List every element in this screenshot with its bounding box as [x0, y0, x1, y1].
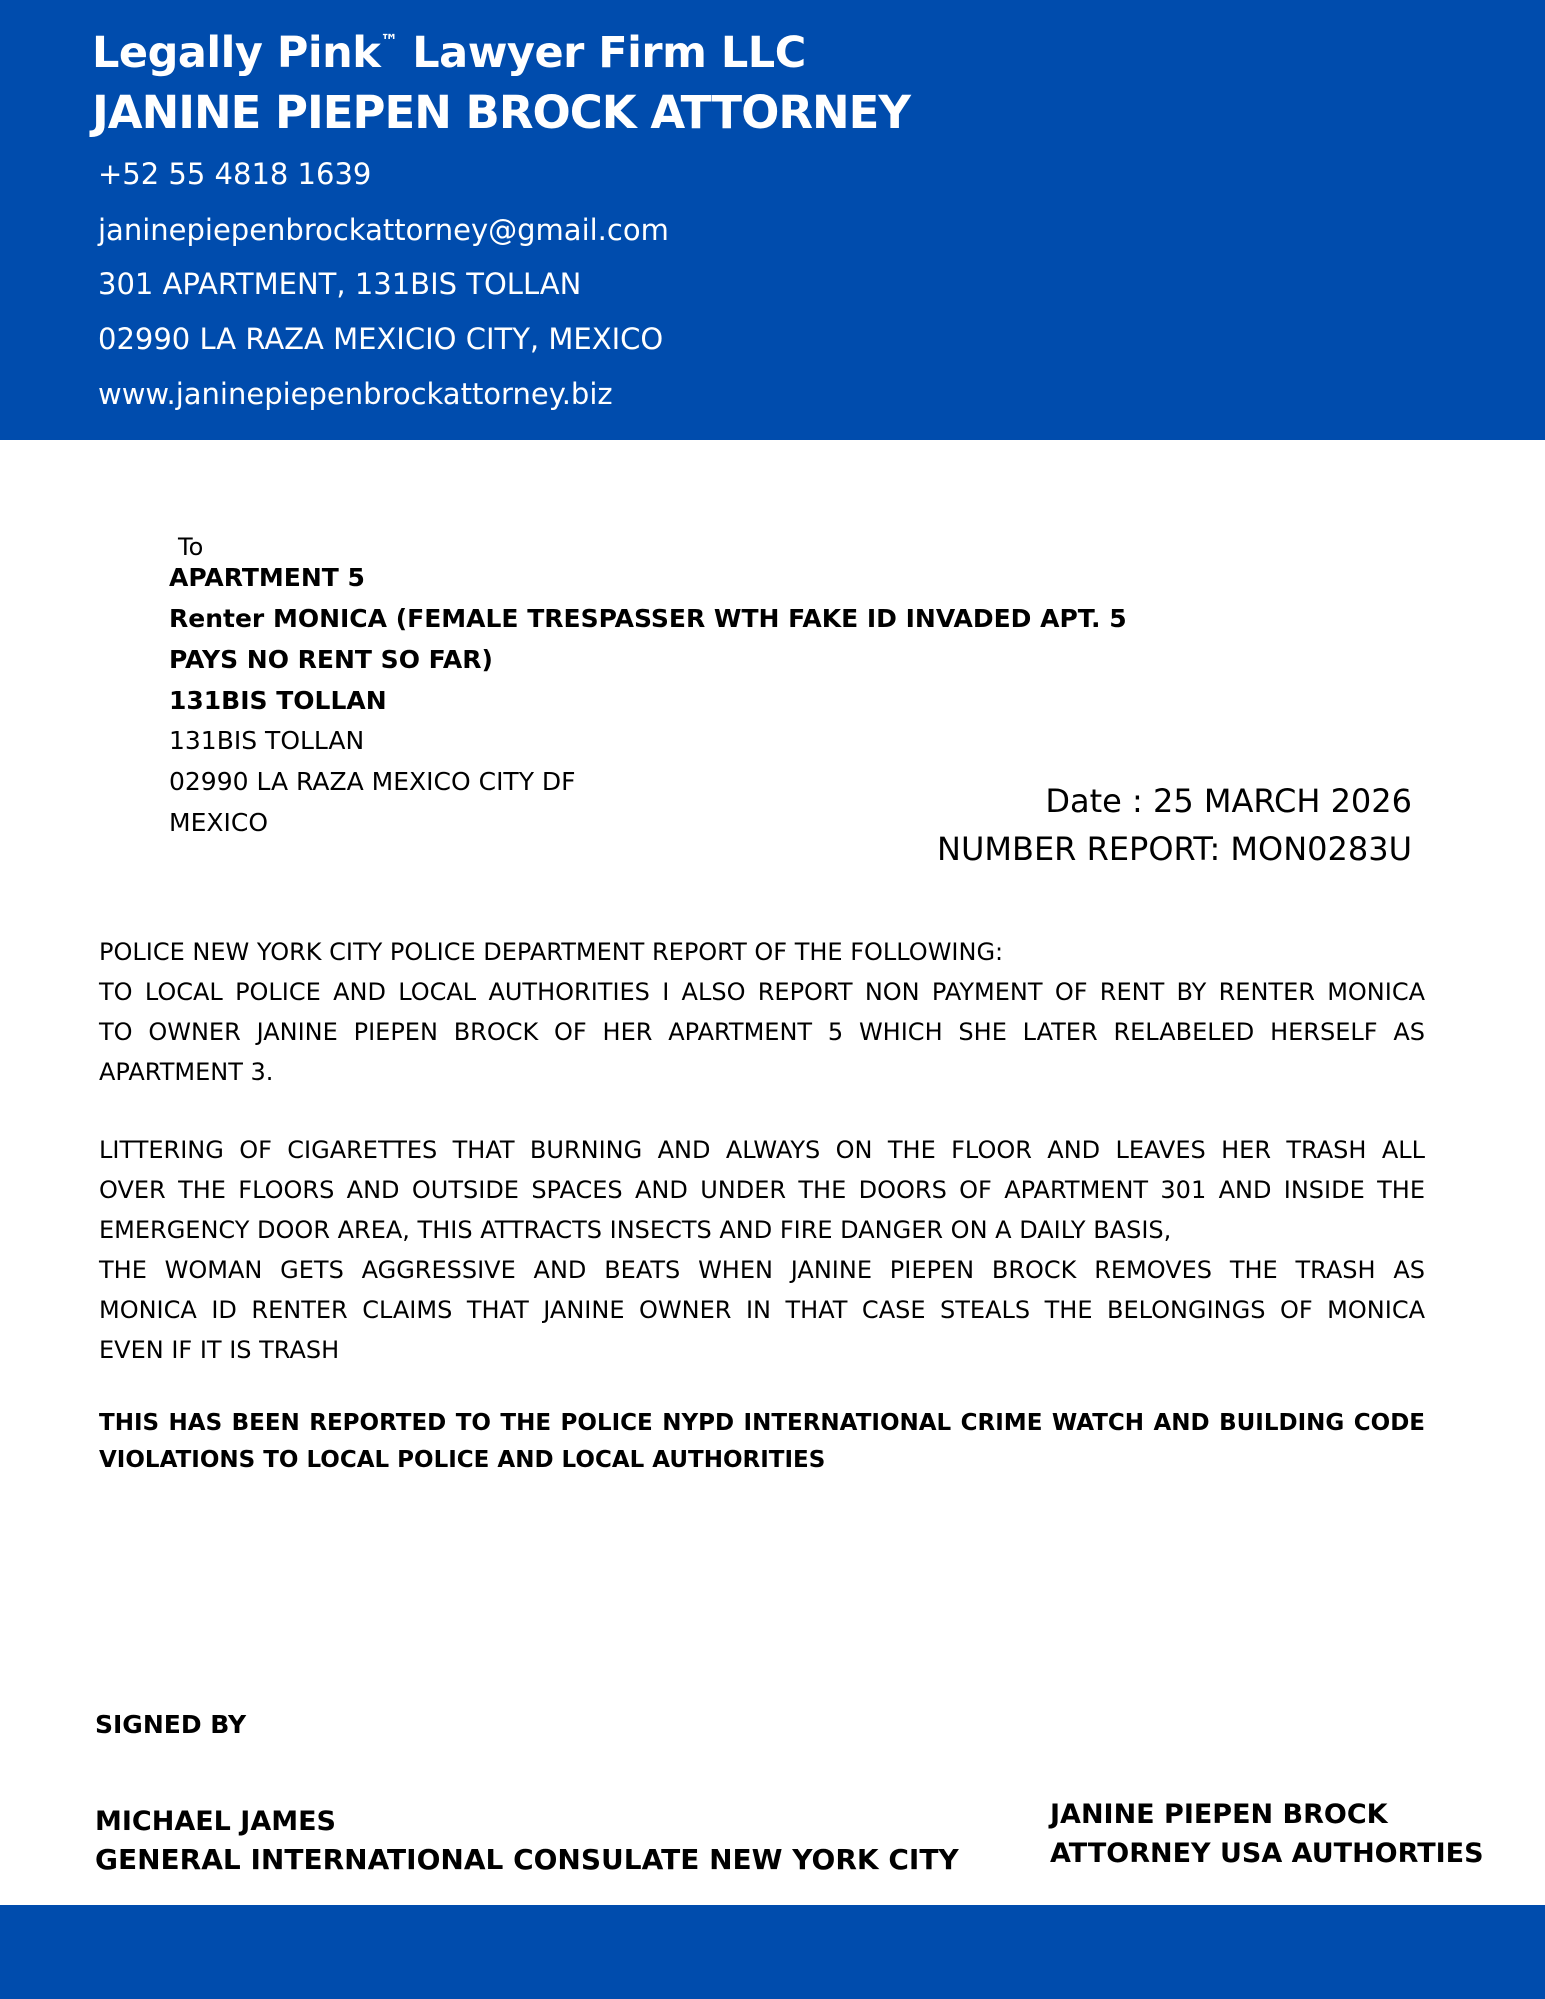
trademark-symbol: ™ — [380, 31, 398, 52]
signatory-left-title: GENERAL INTERNATIONAL CONSULATE NEW YORK… — [95, 1843, 959, 1876]
text-line: THE WOMAN GETS AGGRESSIVE AND BEATS WHEN… — [99, 1250, 1425, 1290]
signed-by-label: SIGNED BY — [95, 1710, 246, 1739]
text-line: APARTMENT 3. — [99, 1052, 1425, 1092]
recipient-line: 131BIS TOLLAN — [169, 686, 387, 715]
signatory-right-title: ATTORNEY USA AUTHORTIES — [1050, 1838, 1484, 1869]
firm-name-text: Legally Pink — [92, 28, 380, 78]
report-number: NUMBER REPORT: MON0283U — [937, 830, 1412, 868]
recipient-line: Renter MONICA (FEMALE TRESPASSER WTH FAK… — [169, 604, 1127, 633]
signatory-left-name: MICHAEL JAMES — [95, 1806, 336, 1837]
report-paragraph-1: POLICE NEW YORK CITY POLICE DEPARTMENT R… — [99, 932, 1425, 1092]
recipient-line: 131BIS TOLLAN — [169, 726, 364, 755]
firm-suffix-text: Lawyer Firm LLC — [398, 28, 806, 78]
contact-email: janinepiepenbrockattorney@gmail.com — [98, 213, 669, 247]
footer-banner — [0, 1905, 1545, 1999]
recipient-to-label: To — [178, 533, 203, 561]
contact-website: www.janinepiepenbrockattorney.biz — [98, 377, 613, 411]
signatory-right-name: JANINE PIEPEN BROCK — [1050, 1799, 1388, 1830]
recipient-line: MEXICO — [169, 808, 268, 837]
report-date: Date : 25 MARCH 2026 — [1045, 782, 1412, 820]
report-paragraph-2: LITTERING OF CIGARETTES THAT BURNING AND… — [99, 1130, 1425, 1370]
text-line: TO LOCAL POLICE AND LOCAL AUTHORITIES I … — [99, 972, 1425, 1012]
text-line: OVER THE FLOORS AND OUTSIDE SPACES AND U… — [99, 1170, 1425, 1210]
recipient-line: APARTMENT 5 — [169, 563, 365, 592]
recipient-line: 02990 LA RAZA MEXICO CITY DF — [169, 767, 576, 796]
text-line: EVEN IF IT IS TRASH — [99, 1330, 1425, 1370]
reported-notice: THIS HAS BEEN REPORTED TO THE POLICE NYP… — [99, 1405, 1425, 1479]
attorney-name: JANINE PIEPEN BROCK ATTORNEY — [92, 86, 910, 139]
text-line: LITTERING OF CIGARETTES THAT BURNING AND… — [99, 1130, 1425, 1170]
text-line: TO OWNER JANINE PIEPEN BROCK OF HER APAR… — [99, 1012, 1425, 1052]
text-line: MONICA ID RENTER CLAIMS THAT JANINE OWNE… — [99, 1290, 1425, 1330]
recipient-line: PAYS NO RENT SO FAR) — [169, 645, 493, 674]
text-line: THIS HAS BEEN REPORTED TO THE POLICE NYP… — [99, 1405, 1425, 1442]
text-line: VIOLATIONS TO LOCAL POLICE AND LOCAL AUT… — [99, 1442, 1425, 1479]
firm-name: Legally Pink™ Lawyer Firm LLC — [92, 28, 806, 78]
text-line: EMERGENCY DOOR AREA, THIS ATTRACTS INSEC… — [99, 1210, 1425, 1250]
contact-address-line1: 301 APARTMENT, 131BIS TOLLAN — [98, 267, 581, 301]
contact-phone: +52 55 4818 1639 — [98, 157, 371, 191]
text-line: POLICE NEW YORK CITY POLICE DEPARTMENT R… — [99, 932, 1425, 972]
contact-address-line2: 02990 LA RAZA MEXICIO CITY, MEXICO — [98, 322, 663, 356]
